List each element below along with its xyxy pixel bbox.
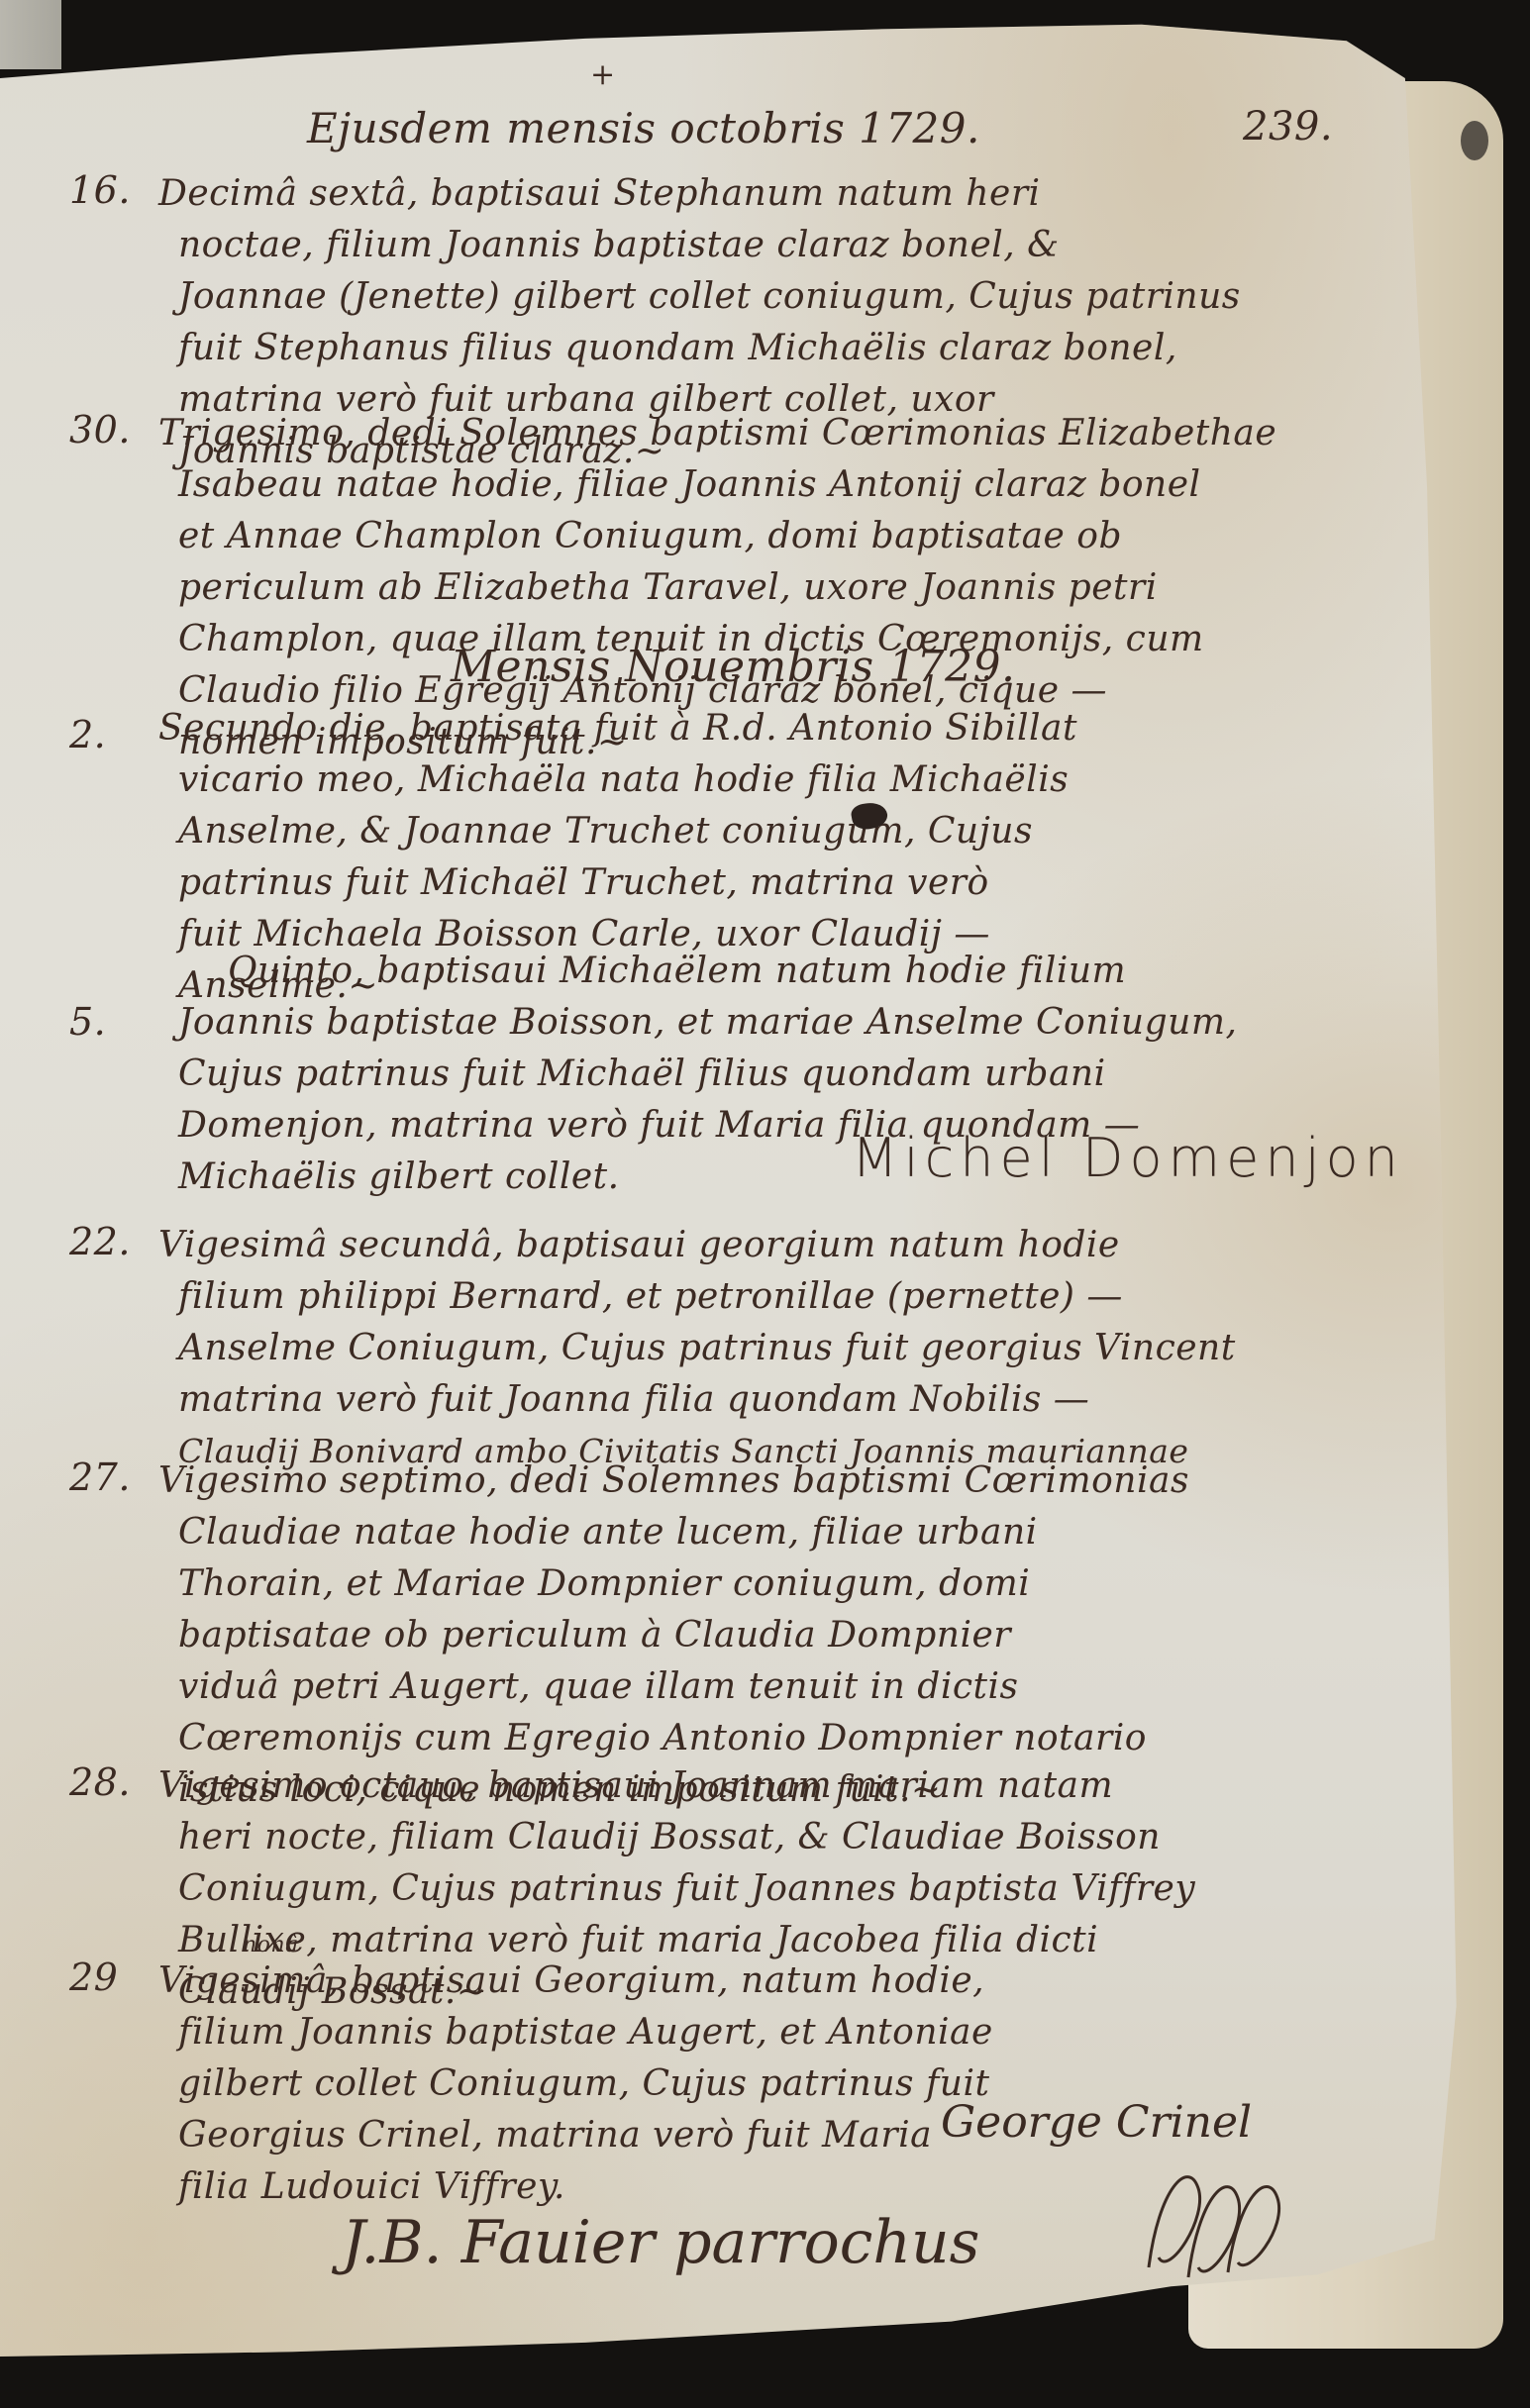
entry-day: 29 (69, 1956, 118, 1999)
entry-line: Vigesimâ secundâ, baptisaui georgium nat… (158, 1220, 1456, 1271)
entry-line: Vigesimâ, baptisaui Georgium, natum hodi… (158, 1956, 1456, 2007)
page-number: 239. (1243, 104, 1333, 150)
entry-line: Decimâ sextâ, baptisaui Stephanum natum … (158, 168, 1456, 220)
interlinear-correction: nonâ (243, 1933, 299, 1957)
page-header-title: Ejusdem mensis octobris 1729. (307, 104, 980, 152)
signature-flourish-icon (1129, 2149, 1367, 2386)
entry-line: patrinus fuit Michaël Truchet, matrina v… (178, 857, 1456, 909)
entry-line: et Annae Champlon Coniugum, domi baptisa… (178, 511, 1456, 562)
entry-line: matrina verò fuit Joanna filia quondam N… (178, 1374, 1456, 1426)
entry-day: 27. (69, 1455, 131, 1499)
entry-day: 2. (69, 713, 106, 756)
entry-day: 5. (69, 1000, 106, 1044)
entry-line: Joannis baptistae Boisson, et mariae Ans… (178, 997, 1456, 1049)
entry-line: baptisatae ob periculum à Claudia Dompni… (178, 1610, 1456, 1661)
entry-line: fuit Stephanus filius quondam Michaëlis … (178, 323, 1456, 374)
month-heading-november: Mensis Nouembris 1729. (451, 642, 1016, 692)
entry-line: filium Joannis baptistae Augert, et Anto… (178, 2007, 1456, 2058)
register-page: + Ejusdem mensis octobris 1729. 239. 16.… (0, 20, 1464, 2357)
entry-day: 22. (69, 1220, 131, 1263)
entry-line: Joannae (Jenette) gilbert collet coniugu… (178, 271, 1456, 323)
entry-line: Cujus patrinus fuit Michaël filius quond… (178, 1049, 1456, 1100)
entry-day: 28. (69, 1760, 131, 1804)
entry-line: Quinto, baptisaui Michaëlem natum hodie … (228, 946, 1456, 997)
entry-line: vicario meo, Michaëla nata hodie filia M… (178, 754, 1456, 806)
entry-line: noctae, filium Joannis baptistae claraz … (178, 220, 1456, 271)
entry-day: 30. (69, 408, 131, 451)
entry-line: Isabeau natae hodie, filiae Joannis Anto… (178, 459, 1456, 511)
entry-day: 16. (69, 168, 131, 212)
entry-line: Anselme Coniugum, Cujus patrinus fuit ge… (178, 1323, 1456, 1374)
godfather-signature-michel-domenjon: Michel Domenjon (852, 1127, 1404, 1189)
entry-line: gilbert collet Coniugum, Cujus patrinus … (178, 2058, 1456, 2110)
binding-hole (1461, 121, 1488, 160)
entry-text: Vigesimâ secundâ, baptisaui georgium nat… (178, 1220, 1456, 1477)
entry-line: Vigesimo septimo, dedi Solemnes baptismi… (158, 1455, 1456, 1507)
previous-page-edge (0, 0, 61, 69)
entry-line: Trigesimo, dedi Solemnes baptismi Cœrimo… (158, 408, 1456, 459)
entry-line: Cœremonijs cum Egregio Antonio Dompnier … (178, 1713, 1456, 1764)
entry-line: filium philippi Bernard, et petronillae … (178, 1271, 1456, 1323)
entry-line: Secundo die, baptisata fuit à R.d. Anton… (158, 703, 1456, 754)
entry-line: Thorain, et Mariae Dompnier coniugum, do… (178, 1558, 1456, 1610)
godfather-signature-george-crinel: George Crinel (941, 2097, 1252, 2148)
parish-priest-signature: J.B. Fauier parrochus (342, 2208, 979, 2277)
entry-line: viduâ petri Augert, quae illam tenuit in… (178, 1661, 1456, 1713)
entry-line: Coniugum, Cujus patrinus fuit Joannes ba… (178, 1863, 1456, 1915)
entry-line: Vigesimo octauo, baptisaui Joannam maria… (158, 1760, 1456, 1812)
entry-line: Claudiae natae hodie ante lucem, filiae … (178, 1507, 1456, 1558)
entry-line: Anselme, & Joannae Truchet coniugum, Cuj… (178, 806, 1456, 857)
entry-line: heri nocte, filiam Claudij Bossat, & Cla… (178, 1812, 1456, 1863)
cross-mark: + (590, 57, 616, 92)
entry-line: periculum ab Elizabetha Taravel, uxore J… (178, 562, 1456, 614)
